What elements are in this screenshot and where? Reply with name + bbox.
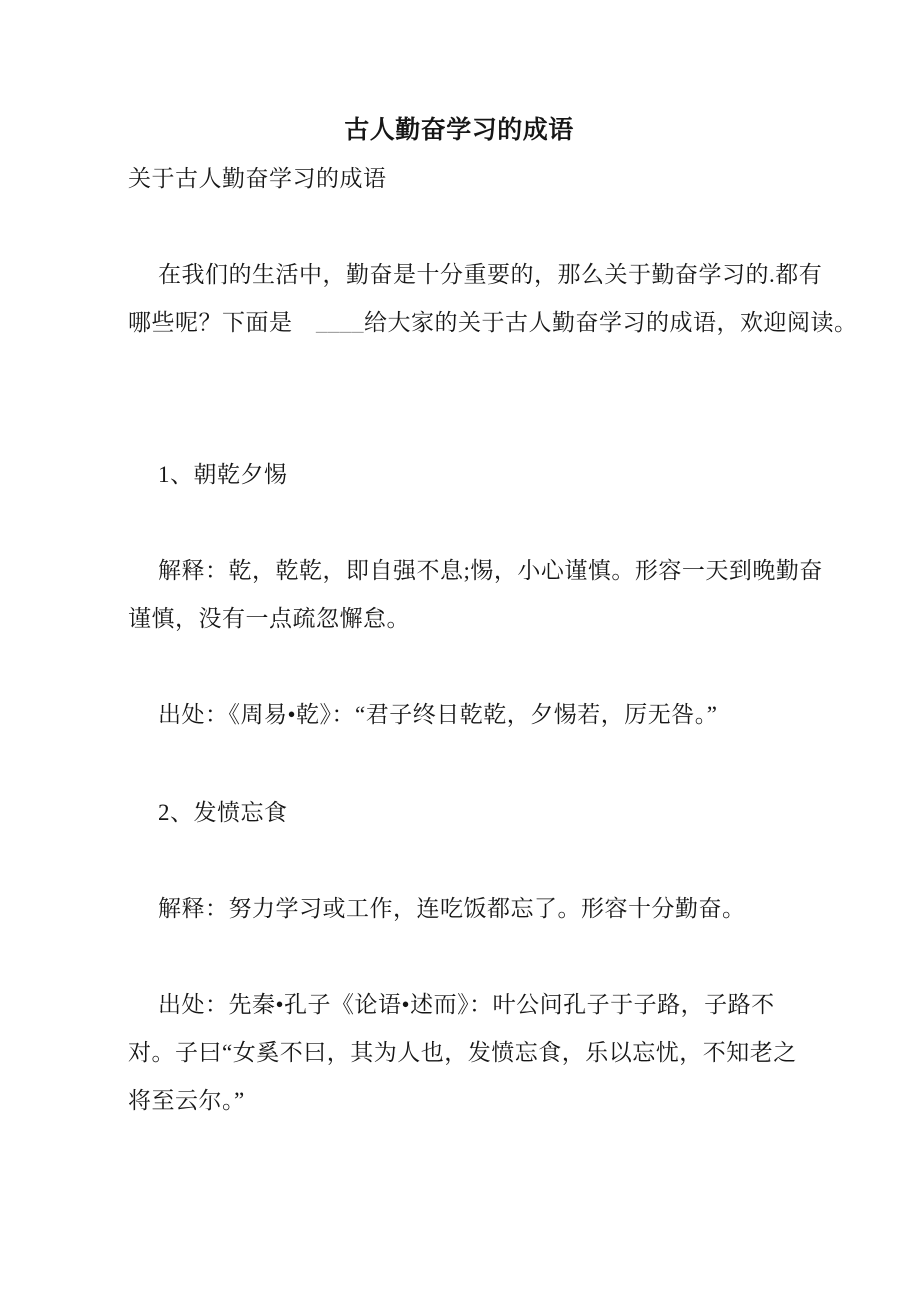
- entry-2-source: 出处：先秦•孔子《论语•述而》：叶公问孔子于子路，子路不 对。子曰“女奚不曰，其…: [128, 981, 790, 1125]
- entry-1-explanation-line-1: 解释：乾，乾乾，即自强不息;惕，小心谨慎。形容一天到晚勤奋: [128, 547, 790, 595]
- entry-1: 1、朝乾夕惕 解释：乾，乾乾，即自强不息;惕，小心谨慎。形容一天到晚勤奋 谨慎，…: [128, 451, 790, 739]
- entry-1-heading: 1、朝乾夕惕: [128, 451, 790, 499]
- doc-subtitle: 关于古人勤奋学习的成语: [128, 155, 790, 203]
- entry-2: 2、发愤忘食 解释：努力学习或工作，连吃饭都忘了。形容十分勤奋。 出处：先秦•孔…: [128, 789, 790, 1125]
- blank-placeholder: ____: [316, 310, 364, 335]
- intro-line-2-text: 哪些呢？下面是: [128, 310, 316, 335]
- entry-2-heading: 2、发愤忘食: [128, 789, 790, 837]
- entry-1-explanation-line-2: 谨慎，没有一点疏忽懈怠。: [128, 595, 790, 643]
- entry-2-source-line-2: 对。子曰“女奚不曰，其为人也，发愤忘食，乐以忘忧，不知老之: [128, 1029, 790, 1077]
- intro-paragraph: 在我们的生活中，勤奋是十分重要的，那么关于勤奋学习的.都有 哪些呢？下面是 __…: [128, 251, 790, 347]
- entry-1-source: 出处：《周易•乾》：“君子终日乾乾，夕惕若，厉无咎。”: [128, 691, 790, 739]
- entry-2-source-line-3: 将至云尔。”: [128, 1077, 790, 1125]
- entry-2-source-line-1: 出处：先秦•孔子《论语•述而》：叶公问孔子于子路，子路不: [128, 981, 790, 1029]
- document-content: 古人勤奋学习的成语 关于古人勤奋学习的成语 在我们的生活中，勤奋是十分重要的，那…: [128, 0, 790, 1125]
- document-page: { "page": { "title": "古人勤奋学习的成语", "subti…: [0, 0, 920, 1302]
- doc-title: 古人勤奋学习的成语: [128, 107, 790, 155]
- intro-line-1: 在我们的生活中，勤奋是十分重要的，那么关于勤奋学习的.都有: [128, 251, 790, 299]
- entry-2-explanation: 解释：努力学习或工作，连吃饭都忘了。形容十分勤奋。: [128, 885, 790, 933]
- entry-1-explanation: 解释：乾，乾乾，即自强不息;惕，小心谨慎。形容一天到晚勤奋 谨慎，没有一点疏忽懈…: [128, 547, 790, 643]
- intro-line-2: 哪些呢？下面是 ____给大家的关于古人勤奋学习的成语，欢迎阅读。: [128, 299, 790, 347]
- intro-line-2-rest: 给大家的关于古人勤奋学习的成语，欢迎阅读。: [364, 310, 858, 335]
